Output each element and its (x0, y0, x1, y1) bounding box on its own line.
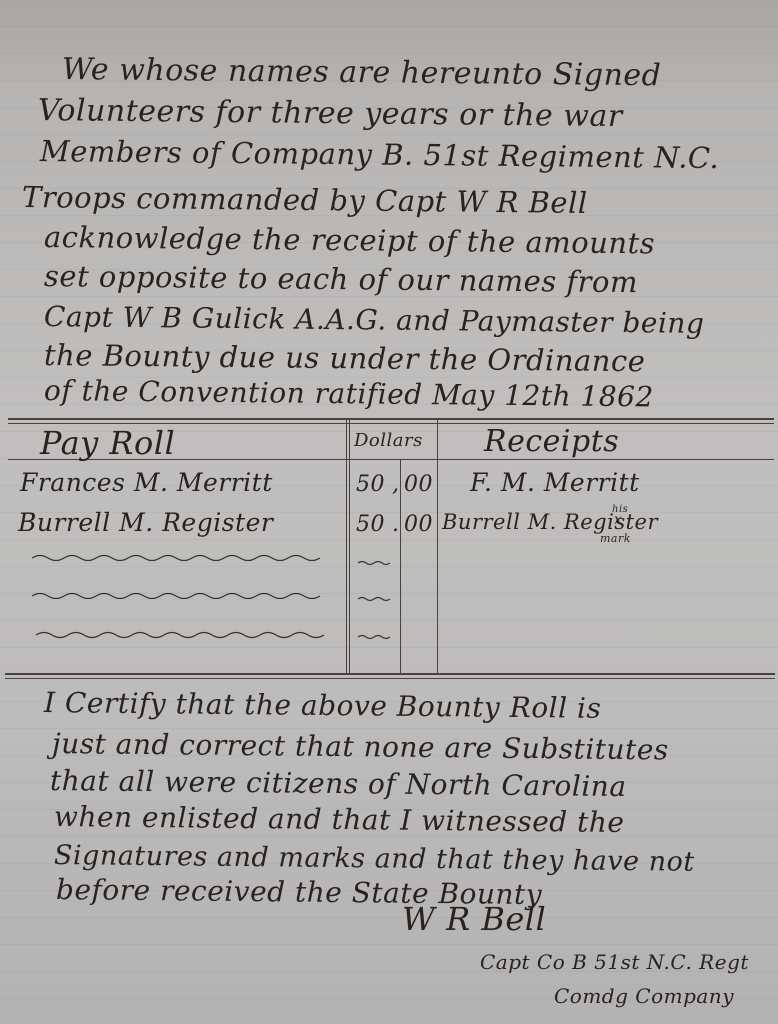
payee-name: Burrell M. Register (18, 508, 273, 537)
blank-amount-filler (356, 632, 396, 642)
preamble-line: the Bounty due us under the Ordinance (44, 338, 646, 378)
certification-line: just and correct that none are Substitut… (52, 727, 669, 766)
preamble-line: set opposite to each of our names from (44, 259, 638, 299)
column-divider (346, 419, 347, 675)
amount-cents: 00 (404, 512, 433, 537)
certification-line: I Certify that the above Bounty Roll is (44, 686, 602, 725)
payee-name: Frances M. Merritt (20, 468, 273, 497)
preamble-line: acknowledge the receipt of the amounts (44, 220, 655, 260)
amount-cents: 00 (404, 472, 433, 497)
blank-amount-filler (356, 594, 396, 604)
amount-dollars: 50 (356, 512, 385, 537)
preamble-line: Troops commanded by Capt W R Bell (22, 180, 588, 220)
certification-line: that all were citizens of North Carolina (50, 764, 627, 803)
header-receipts: Receipts (484, 424, 619, 459)
preamble-line: Capt W B Gulick A.A.G. and Paymaster bei… (44, 300, 705, 340)
amount-dollars: 50 (356, 472, 385, 497)
table-top-rule (8, 418, 774, 420)
amount-separator: . (392, 512, 400, 537)
signature-title: Capt Co B 51st N.C. Regt (480, 950, 749, 974)
preamble-line: Members of Company B. 51st Regiment N.C. (40, 134, 720, 175)
preamble-line: We whose names are hereunto Signed (62, 52, 662, 93)
preamble-line: of the Convention ratified May 12th 1862 (44, 374, 654, 413)
signature-name: W R Bell (402, 900, 546, 938)
header-pay-roll: Pay Roll (40, 424, 175, 462)
blank-row-filler (30, 590, 330, 602)
preamble-line: Volunteers for three years or the war (38, 93, 623, 134)
receipt-signature: F. M. Merritt (470, 468, 640, 497)
header-dollars: Dollars (354, 430, 423, 451)
mark-x: x (614, 512, 622, 528)
cents-divider (400, 460, 401, 673)
signature-command: Comdg Company (554, 984, 734, 1008)
table-bottom-rule-inner (5, 678, 775, 679)
blank-row-filler (34, 629, 334, 641)
blank-row-filler (30, 552, 330, 564)
certification-line: Signatures and marks and that they have … (54, 840, 695, 878)
table-bottom-rule (5, 673, 775, 675)
amount-separator: , (392, 472, 400, 497)
blank-amount-filler (356, 558, 396, 568)
column-divider (437, 419, 438, 675)
certification-line: when enlisted and that I witnessed the (54, 800, 625, 839)
mark-label-mark: mark (600, 532, 631, 545)
column-divider (349, 419, 350, 675)
